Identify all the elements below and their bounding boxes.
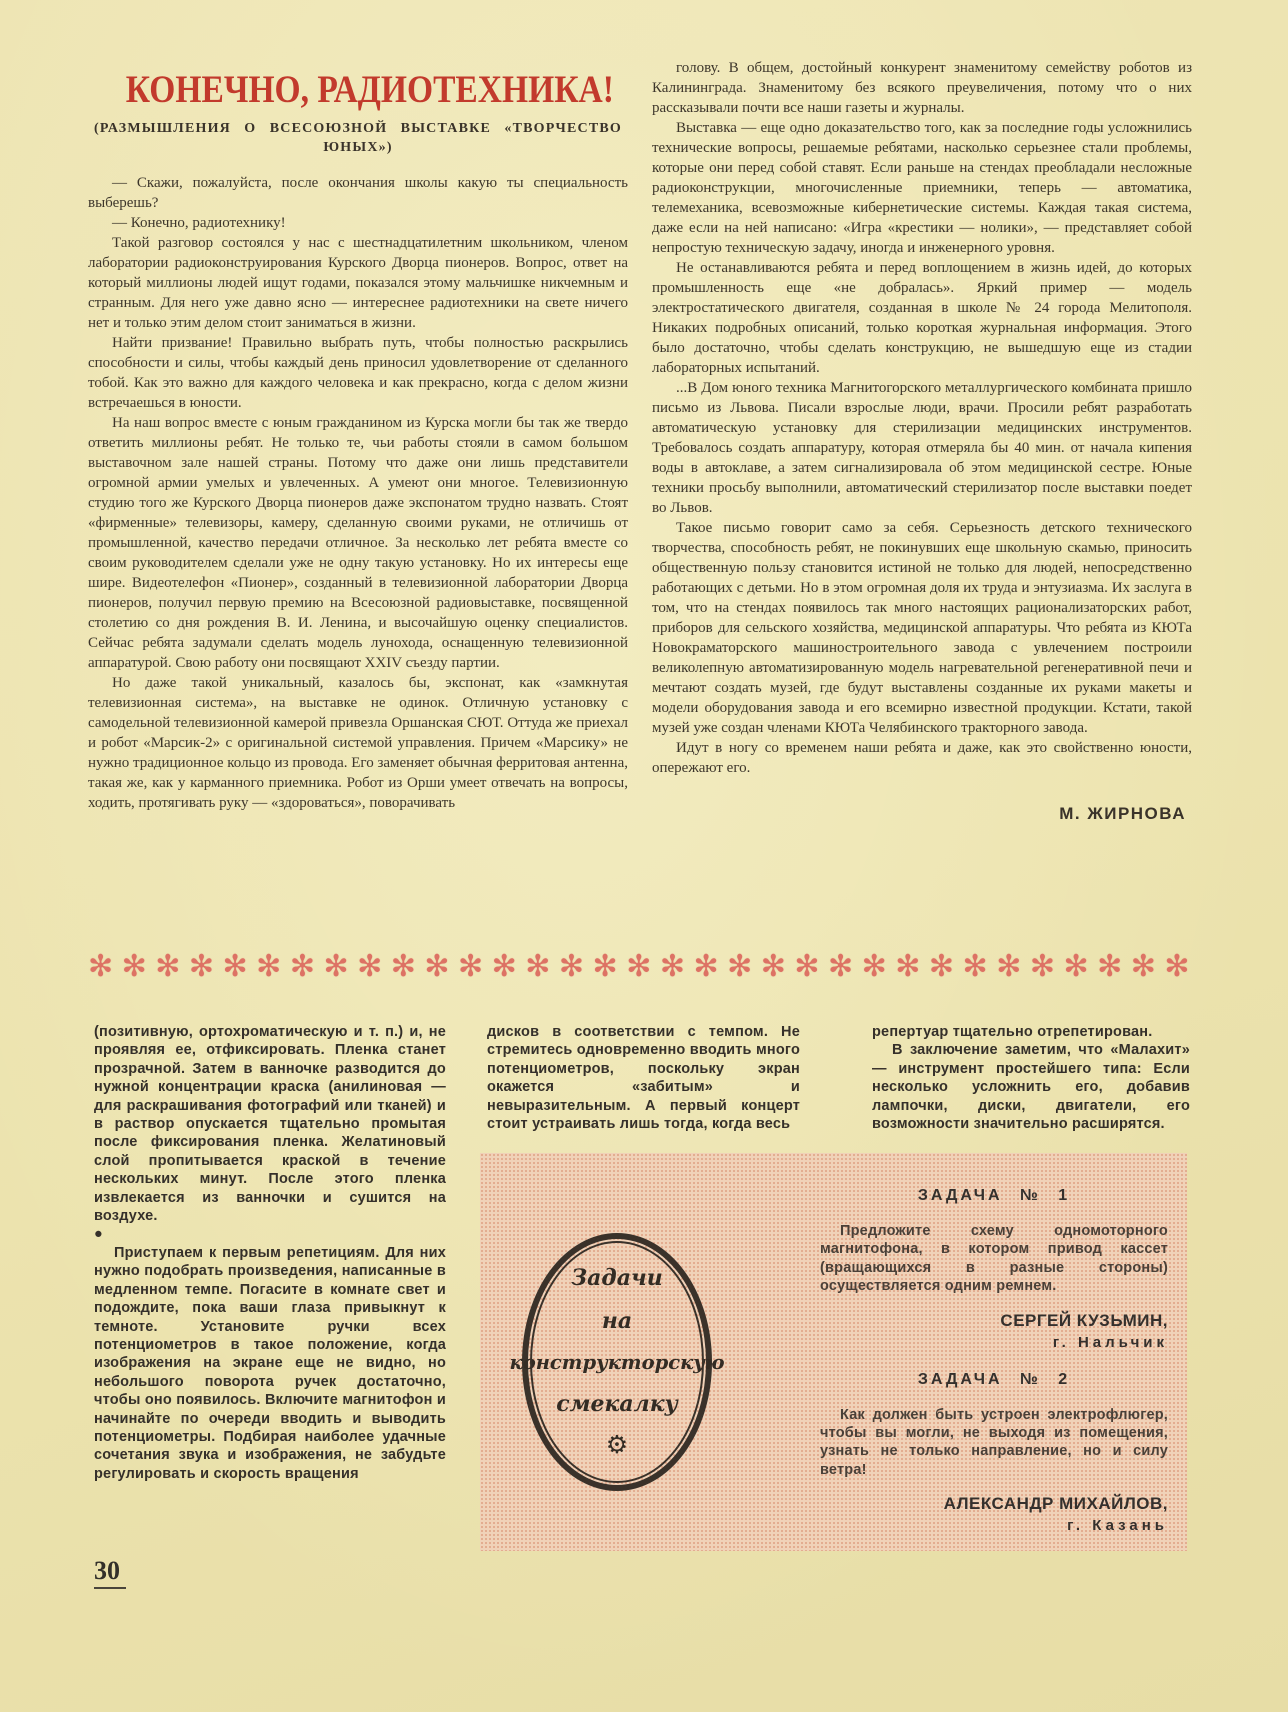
article-paragraph: Такой разговор состоялся у нас с шестнад…: [88, 233, 628, 333]
task-1-body: Предложите схему одномоторного магнитофо…: [820, 1222, 1168, 1296]
article-paragraph: Но даже такой уникальный, казалось бы, э…: [88, 673, 628, 813]
article-subtitle: (РАЗМЫШЛЕНИЯ О ВСЕСОЮЗНОЙ ВЫСТАВКЕ «ТВОР…: [94, 119, 622, 157]
stamp-line: конструкторскую: [510, 1353, 725, 1373]
article-paragraph: Идут в ногу со временем наши ребята и да…: [652, 738, 1192, 778]
page-number: 30: [94, 1558, 126, 1589]
article-paragraph: голову. В общем, достойный конкурент зна…: [652, 58, 1192, 118]
article-author: М. ЖИРНОВА: [652, 804, 1192, 824]
task-1-heading: ЗАДАЧА № 1: [820, 1187, 1168, 1205]
tasks-column: ЗАДАЧА № 1 Предложите схему одномоторног…: [820, 1187, 1168, 1534]
stamp-line: на: [602, 1310, 632, 1332]
lower-column-1: (позитивную, ортохроматическую и т. п.) …: [94, 1023, 446, 1483]
top-article: КОНЕЧНО, РАДИОТЕХНИКА! (РАЗМЫШЛЕНИЯ О ВС…: [88, 58, 1192, 824]
lower-paragraph: Приступаем к первым репетициям. Для них …: [94, 1244, 446, 1483]
lower-paragraph: В заключение заметим, что «Малахит» — ин…: [872, 1041, 1190, 1133]
tasks-box: Задачи на конструкторскую смекалку ⚙ ЗАД…: [480, 1153, 1187, 1551]
article-subtitle-line1: (РАЗМЫШЛЕНИЯ О ВСЕСОЮЗНОЙ ВЫСТАВКЕ «ТВОР…: [94, 119, 622, 138]
lower-column-3: репертуар тщательно отрепетирован. В зак…: [872, 1023, 1190, 1133]
task-2-heading: ЗАДАЧА № 2: [820, 1371, 1168, 1389]
article-right-column: голову. В общем, достойный конкурент зна…: [652, 58, 1192, 824]
magazine-page: КОНЕЧНО, РАДИОТЕХНИКА! (РАЗМЫШЛЕНИЯ О ВС…: [0, 0, 1288, 1712]
article-paragraph: ...В Дом юного техника Магнитогорского м…: [652, 378, 1192, 518]
article-paragraph: Найти призвание! Правильно выбрать путь,…: [88, 333, 628, 413]
task-2-author: АЛЕКСАНДР МИХАЙЛОВ,: [820, 1494, 1168, 1514]
article-subtitle-line2: ЮНЫХ»): [94, 138, 622, 157]
lower-paragraph: репертуар тщательно отрепетирован.: [872, 1023, 1190, 1041]
task-2-city: г. Казань: [820, 1517, 1168, 1534]
lower-column-2: дисков в соответствии с темпом. Не стрем…: [487, 1023, 800, 1133]
article-paragraph: Не останавливаются ребята и перед воплощ…: [652, 258, 1192, 378]
gear-icon: ⚙: [606, 1432, 628, 1457]
article-paragraph: Такое письмо говорит само за себя. Серье…: [652, 518, 1192, 738]
article-paragraph: На наш вопрос вместе с юным гражданином …: [88, 413, 628, 673]
stamp-line: Задачи: [571, 1267, 662, 1289]
task-1-author: СЕРГЕЙ КУЗЬМИН,: [820, 1311, 1168, 1331]
task-1-city: г. Нальчик: [820, 1334, 1168, 1351]
article-title: КОНЕЧНО, РАДИОТЕХНИКА!: [126, 70, 590, 111]
article-paragraph: — Конечно, радиотехнику!: [88, 213, 628, 233]
lower-paragraph: (позитивную, ортохроматическую и т. п.) …: [94, 1023, 446, 1225]
task-2-body: Как должен быть устроен электрофлюгер, ч…: [820, 1406, 1168, 1480]
bullet-separator-icon: ●: [94, 1225, 446, 1243]
tasks-stamp: Задачи на конструкторскую смекалку ⚙: [522, 1233, 712, 1491]
stamp-line: смекалку: [556, 1393, 678, 1415]
article-paragraph: Выставка — еще одно доказательство того,…: [652, 118, 1192, 258]
lower-paragraph: дисков в соответствии с темпом. Не стрем…: [487, 1023, 800, 1133]
asterisk-divider-icon: ✻✻✻✻✻✻✻✻✻✻✻✻✻✻✻✻✻✻✻✻✻✻✻✻✻✻✻✻✻✻✻✻✻✻: [88, 944, 1192, 990]
article-left-column: КОНЕЧНО, РАДИОТЕХНИКА! (РАЗМЫШЛЕНИЯ О ВС…: [88, 58, 628, 824]
article-paragraph: — Скажи, пожалуйста, после окончания шко…: [88, 173, 628, 213]
